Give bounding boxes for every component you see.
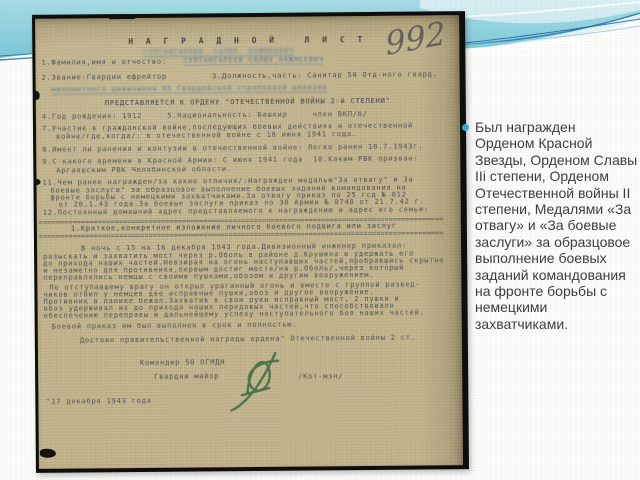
bullet-item: Был награжден Орденом Красной Звезды, Ор… bbox=[462, 119, 638, 332]
document-line: СУЛТАНГАРЕЕВ САЛИХ НАЖМЕЕВИЧ bbox=[183, 55, 323, 65]
signature-scribble-icon bbox=[216, 345, 307, 416]
scan-speck bbox=[40, 449, 56, 458]
annotation-text: Был награжден Орденом Красной Звезды, Ор… bbox=[475, 119, 638, 332]
award-document-scan: Н А Г Р А Д Н О Й Л И С ТСУЛТАНГАРЕЕВ СА… bbox=[32, 11, 469, 473]
document-line: ПРЕДСТАВЛЯЕТСЯ К ОРДЕНУ "ОТЕЧЕСТВЕННОЙ В… bbox=[36, 96, 460, 108]
document-line: 1.Фамилия,имя и отчество: bbox=[41, 58, 166, 67]
document-line: Боевой приказ им был выполнен в срок и п… bbox=[52, 321, 298, 331]
annotation-block: Был награжден Орденом Красной Звезды, Ор… bbox=[462, 119, 638, 332]
document-line: войне/где,когда/: в отечественной войне … bbox=[56, 130, 357, 141]
document-line: переправлялись немцы с своими пушками,об… bbox=[43, 271, 374, 282]
scan-speck bbox=[34, 91, 40, 100]
document-line: Аргаяшским РВК Челябинской области. bbox=[56, 165, 232, 175]
scan-speck bbox=[33, 179, 40, 185]
bullet-marker-icon bbox=[462, 124, 469, 131]
document-line: Достоин правительственной награды ордена… bbox=[80, 334, 416, 345]
document-line: 8.Имеет ли ранения и контузии в отечеств… bbox=[42, 142, 423, 153]
document-line: Гвардии майор bbox=[154, 372, 219, 381]
scan-speck bbox=[109, 16, 135, 19]
document-line: Командир 50 ОГМДН bbox=[140, 358, 225, 367]
document-line: 4.Год рождения: 1912 5.Национальность: Б… bbox=[42, 110, 368, 121]
document-line: 2.Звание:Гвардии ефрейтор 3.Должность,ча… bbox=[42, 70, 438, 81]
document-line: 9.С какого времени в Красной Армии: С ию… bbox=[42, 155, 418, 166]
document-line: "17 декабря 1943 года bbox=[46, 397, 151, 406]
slide: { "slide": { "background_color": "#fcfcf… bbox=[0, 0, 640, 480]
document-line: минометного дивизиона 65 Гвардейской стр… bbox=[52, 83, 328, 94]
